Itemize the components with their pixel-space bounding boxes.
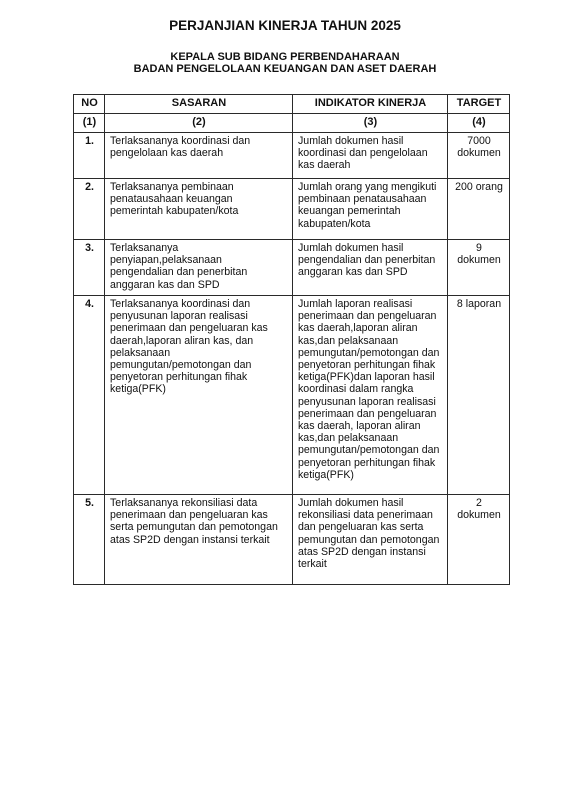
table-row: 5. Terlaksananya rekonsiliasi data pener…: [74, 495, 510, 585]
row-target: 200 orang: [448, 179, 510, 240]
row-number: 3.: [74, 240, 105, 296]
table-row: 4. Terlaksananya koordinasi dan penyusun…: [74, 296, 510, 495]
row-number: 5.: [74, 495, 105, 585]
row-indikator: Jumlah dokumen hasil koordinasi dan peng…: [293, 133, 448, 179]
column-number: (1): [74, 114, 105, 133]
row-sasaran: Terlaksananya koordinasi dan penyusunan …: [105, 296, 293, 495]
column-number: (2): [105, 114, 293, 133]
performance-agreement-table: NO SASARAN INDIKATOR KINERJA TARGET (1) …: [73, 94, 510, 585]
row-number: 1.: [74, 133, 105, 179]
row-target: 2 dokumen: [448, 495, 510, 585]
row-target: 7000 dokumen: [448, 133, 510, 179]
row-indikator: Jumlah dokumen hasil pengendalian dan pe…: [293, 240, 448, 296]
column-number: (3): [293, 114, 448, 133]
row-indikator: Jumlah laporan realisasi penerimaan dan …: [293, 296, 448, 495]
header-sasaran: SASARAN: [105, 95, 293, 114]
row-sasaran: Terlaksananya rekonsiliasi data penerima…: [105, 495, 293, 585]
document-subtitle-agency: BADAN PENGELOLAAN KEUANGAN DAN ASET DAER…: [0, 63, 570, 75]
table-header-row: NO SASARAN INDIKATOR KINERJA TARGET: [74, 95, 510, 114]
row-sasaran: Terlaksananya koordinasi dan pengelolaan…: [105, 133, 293, 179]
row-number: 4.: [74, 296, 105, 495]
table-row: 2. Terlaksananya pembinaan penatausahaan…: [74, 179, 510, 240]
document-subtitle-position: KEPALA SUB BIDANG PERBENDAHARAAN: [0, 51, 570, 63]
header-indikator-kinerja: INDIKATOR KINERJA: [293, 95, 448, 114]
row-sasaran: Terlaksananya penyiapan,pelaksanaan peng…: [105, 240, 293, 296]
row-target: 8 laporan: [448, 296, 510, 495]
row-number: 2.: [74, 179, 105, 240]
row-indikator: Jumlah dokumen hasil rekonsiliasi data p…: [293, 495, 448, 585]
header-target: TARGET: [448, 95, 510, 114]
table-row: 3. Terlaksananya penyiapan,pelaksanaan p…: [74, 240, 510, 296]
column-number-row: (1) (2) (3) (4): [74, 114, 510, 133]
row-target: 9 dokumen: [448, 240, 510, 296]
column-number: (4): [448, 114, 510, 133]
row-indikator: Jumlah orang yang mengikuti pembinaan pe…: [293, 179, 448, 240]
table-row: 1. Terlaksananya koordinasi dan pengelol…: [74, 133, 510, 179]
document-title: PERJANJIAN KINERJA TAHUN 2025: [0, 18, 570, 33]
row-sasaran: Terlaksananya pembinaan penatausahaan ke…: [105, 179, 293, 240]
header-no: NO: [74, 95, 105, 114]
